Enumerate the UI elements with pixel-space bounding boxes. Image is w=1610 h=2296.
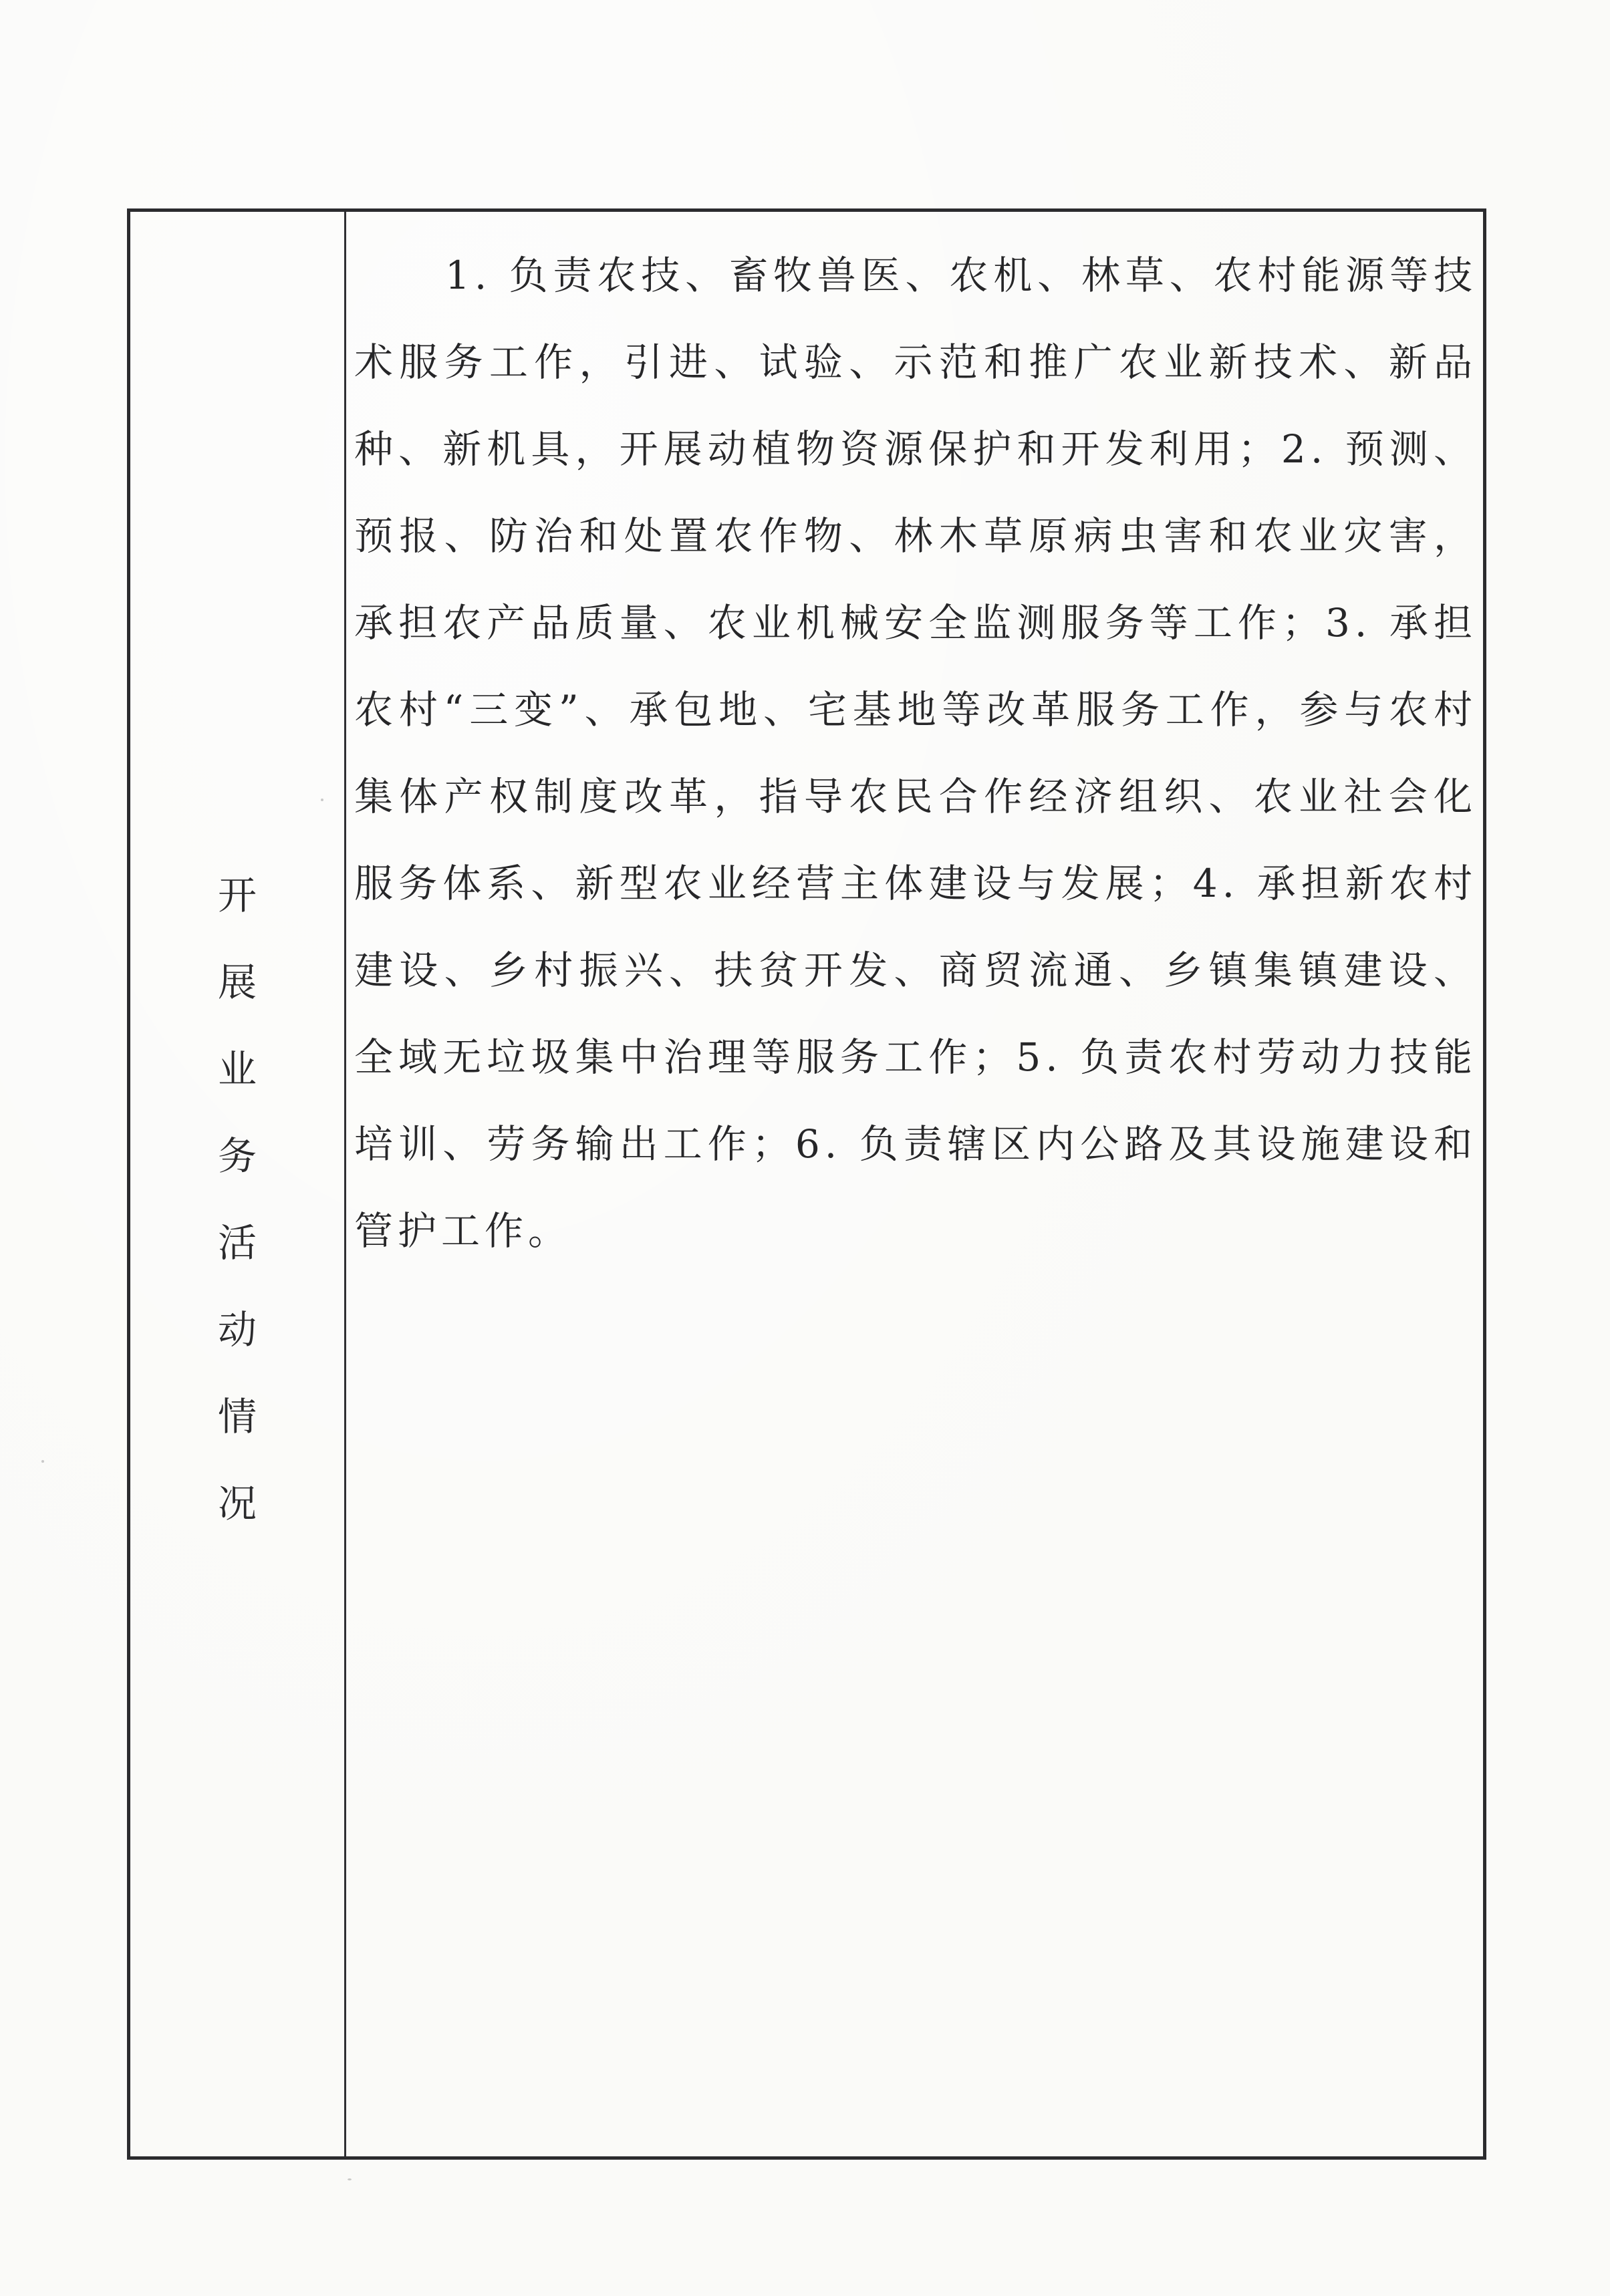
label-char: 动 xyxy=(218,1286,257,1373)
label-char: 务 xyxy=(218,1113,257,1199)
scan-speck xyxy=(348,2178,352,2180)
label-char: 开 xyxy=(218,852,257,939)
scanned-page: 开 展 业 务 活 动 情 况 1. 负责农技、畜牧兽医、农机、林草、农村能源等… xyxy=(0,0,1610,2296)
content-cell: 1. 负责农技、畜牧兽医、农机、林草、农村能源等技术服务工作，引进、试验、示范和… xyxy=(354,232,1477,1274)
label-char: 活 xyxy=(218,1199,257,1286)
scan-speck xyxy=(41,1460,44,1463)
label-char: 展 xyxy=(218,939,257,1026)
business-activities-paragraph: 1. 负责农技、畜牧兽医、农机、林草、农村能源等技术服务工作，引进、试验、示范和… xyxy=(354,232,1477,1274)
label-cell: 开 展 业 务 活 动 情 况 xyxy=(130,212,344,2156)
label-char: 情 xyxy=(218,1373,257,1460)
activity-form-table: 开 展 业 务 活 动 情 况 1. 负责农技、畜牧兽医、农机、林草、农村能源等… xyxy=(127,208,1486,2160)
label-char: 况 xyxy=(218,1460,257,1547)
field-label-business-activities: 开 展 业 务 活 动 情 况 xyxy=(130,852,344,1547)
column-divider xyxy=(344,212,346,2156)
label-char: 业 xyxy=(218,1026,257,1113)
